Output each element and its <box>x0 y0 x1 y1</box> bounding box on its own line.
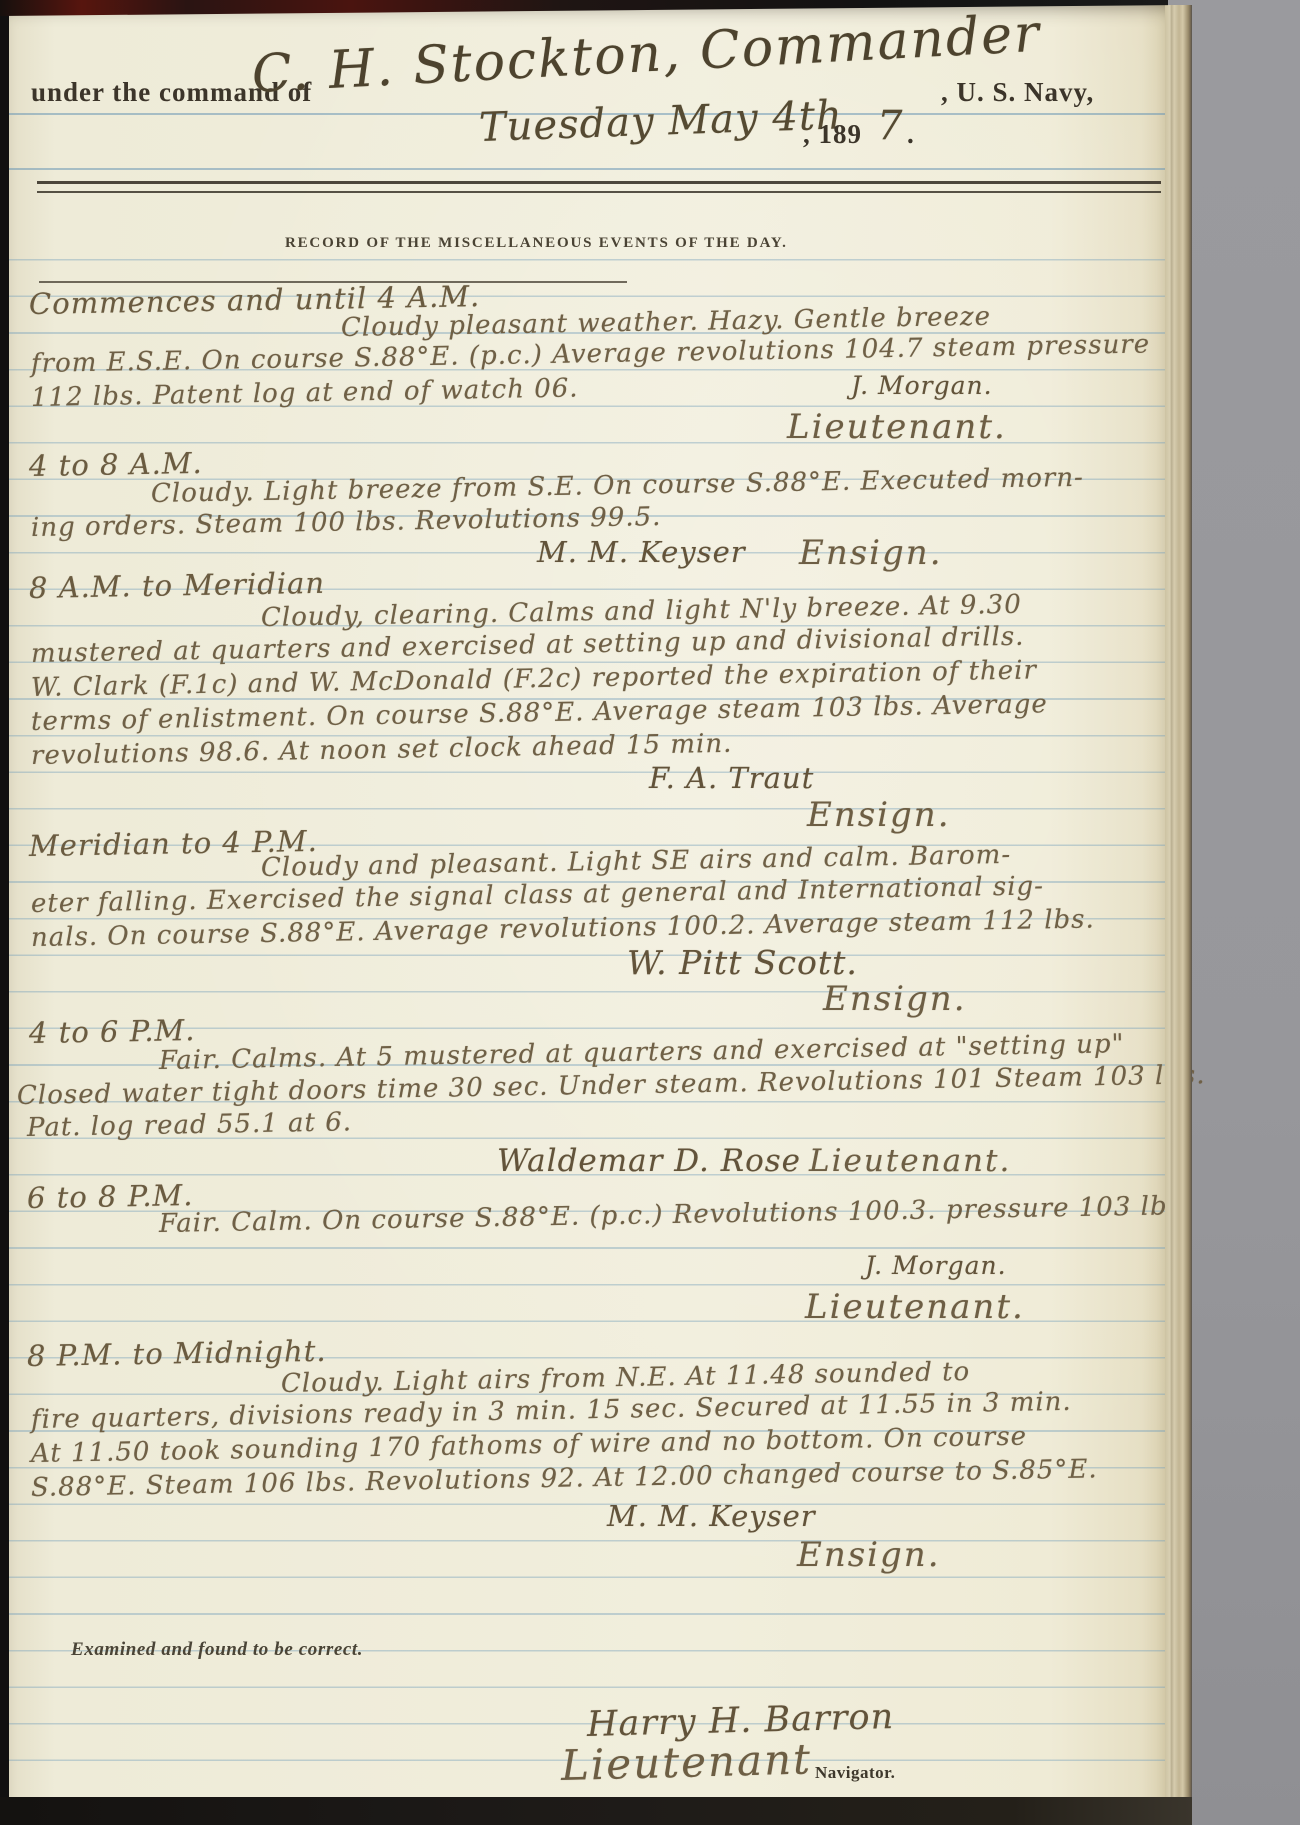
entry-7-time-heading: 8 P.M. to Midnight. <box>27 1334 327 1373</box>
commander-signature: C. H. Stockton, Commander <box>250 4 1042 105</box>
entry-2-rank: Ensign. <box>799 533 943 573</box>
entry-1-rank: Lieutenant. <box>787 407 1007 447</box>
printed-year-period: . <box>907 119 915 150</box>
entry-6-signature: J. Morgan. <box>865 1251 1007 1280</box>
logbook-page: under the command of C. H. Stockton, Com… <box>9 5 1165 1797</box>
printed-us-navy: , U. S. Navy, <box>941 77 1094 108</box>
entry-5-signature: Waldemar D. Rose <box>497 1143 801 1179</box>
entry-5-rank: Lieutenant. <box>809 1143 1011 1179</box>
printed-navigator-label: Navigator. <box>815 1763 895 1783</box>
entry-4-signature: W. Pitt Scott. <box>627 943 858 982</box>
entry-1-signature: J. Morgan. <box>851 371 993 400</box>
header-rule-2 <box>9 168 1165 170</box>
navigator-rank: Lieutenant <box>560 1734 812 1790</box>
entry-3-rank: Ensign. <box>807 795 951 835</box>
record-title: RECORD OF THE MISCELLANEOUS EVENTS OF TH… <box>285 235 788 252</box>
entry-2-signature: M. M. Keyser <box>537 535 746 569</box>
page-stack-edge <box>1165 5 1192 1797</box>
scan-bottom-frame <box>0 1797 1192 1825</box>
entry-3-signature: F. A. Traut <box>649 761 814 795</box>
logbook-scan: under the command of C. H. Stockton, Com… <box>0 0 1300 1825</box>
printed-year-prefix: , 189 <box>803 119 862 150</box>
header-double-rule <box>37 181 1161 193</box>
entry-4-rank: Ensign. <box>823 979 967 1019</box>
entry-6-rank: Lieutenant. <box>805 1287 1025 1327</box>
year-digit-handwritten: 7 <box>877 103 902 149</box>
entry-5-line-3: Pat. log read 55.1 at 6. <box>27 1107 353 1143</box>
entry-2-time-heading: 4 to 8 A.M. <box>29 446 203 483</box>
scan-left-frame <box>0 0 9 1825</box>
date-handwritten: Tuesday May 4th <box>478 92 843 151</box>
entry-7-signature: M. M. Keyser <box>607 1499 816 1533</box>
entry-3-time-heading: 8 A.M. to Meridian <box>29 566 326 605</box>
examined-note: Examined and found to be correct. <box>71 1639 363 1661</box>
entry-7-rank: Ensign. <box>797 1535 941 1575</box>
entry-5-time-heading: 4 to 6 P.M. <box>29 1013 196 1050</box>
